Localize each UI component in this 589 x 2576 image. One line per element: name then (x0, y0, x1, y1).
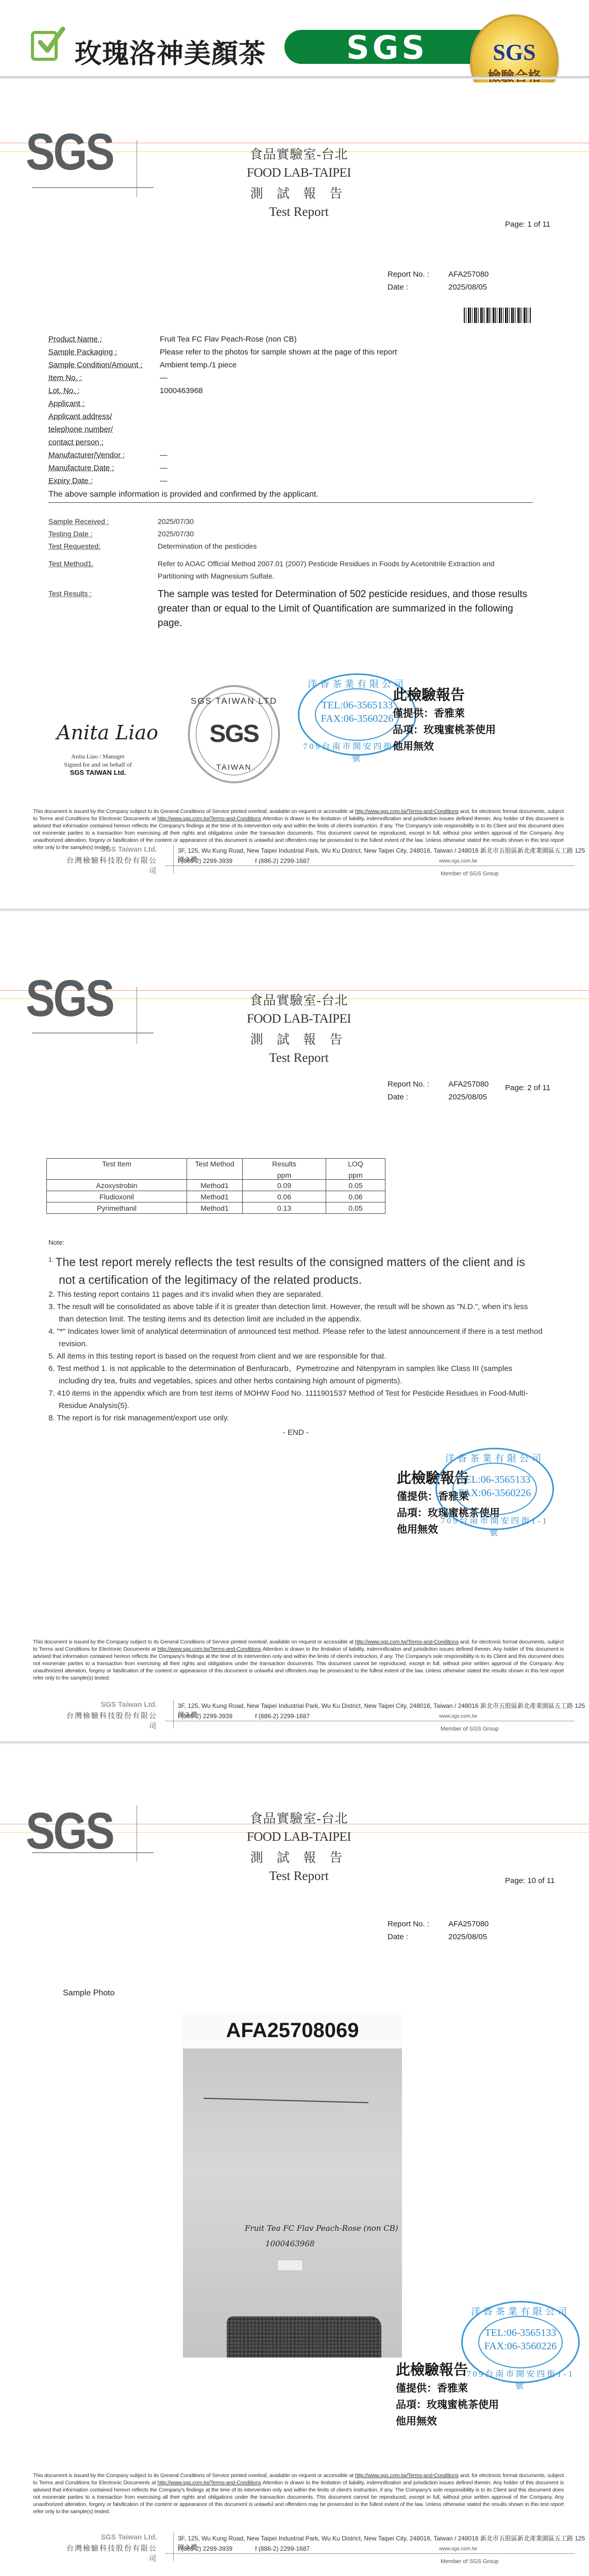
note-item: 3. The result will be consolidated as ab… (48, 1301, 543, 1326)
handwritten-signature: Anita Liao (57, 721, 158, 744)
notes-section: Note:1. The test report merely reflects … (48, 1236, 543, 1439)
field-value (160, 397, 397, 410)
table-row: FludioxonilMethod10.060.06 (47, 1191, 385, 1202)
field-value (160, 410, 397, 423)
page-number: Page: 10 of 11 (505, 1876, 554, 1885)
sample-info-row: Lot. No. :1000463968 (48, 384, 397, 397)
report-header: 食品實驗室-台北 FOOD LAB-TAIPEI 測 試 報 告 Test Re… (222, 1808, 376, 1884)
table-cell: 0.06 (326, 1191, 385, 1202)
report-meta: Report No. :AFA257080 Date :2025/08/05 (388, 268, 489, 294)
notes-heading: Note: (48, 1236, 543, 1249)
test-info-row: Testing Date :2025/07/30 (48, 528, 529, 540)
table-cell: Fludioxonil (47, 1191, 187, 1202)
electronic-terms-link[interactable]: http://www.sgs.com.tw/Terms-and-Conditio… (158, 2480, 261, 2486)
medal-brand: SGS (470, 39, 559, 65)
table-cell: 0.13 (243, 1202, 326, 1214)
bag-handwriting-lot: 1000463968 (265, 2239, 314, 2248)
field-label: Manufacture Date : (48, 462, 160, 474)
company-stamp-icon: 洋香茶業有限公司 TEL:06-3565133 FAX:06-3560226 7… (435, 1448, 554, 1530)
field-value: Determination of the pesticides (158, 540, 529, 552)
lab-name-cn: 食品實驗室-台北 (222, 144, 376, 163)
sgs-pill-text: SGS (346, 29, 428, 66)
column-header: Test Method (187, 1159, 243, 1180)
lab-name-en: FOOD LAB-TAIPEI (222, 166, 376, 180)
table-cell: 0.05 (326, 1180, 385, 1191)
table-cell: 0.06 (243, 1191, 326, 1202)
report-no-value: AFA257080 (448, 270, 489, 279)
field-value: The sample was tested for Determination … (158, 587, 529, 631)
test-info-row: Test Method1.Refer to AOAC Official Meth… (48, 557, 529, 582)
barcode-icon (464, 308, 531, 323)
field-value: Refer to AOAC Official Method 2007.01 (2… (158, 557, 529, 582)
field-label: Manufacturer/Vendor : (48, 449, 160, 462)
legal-disclaimer: This document is issued by the Company s… (33, 1638, 564, 1682)
table-cell: Method1 (187, 1191, 243, 1202)
banner-divider (0, 76, 589, 79)
logo-vertical-rule (137, 140, 137, 197)
product-title: 玫瑰洛神美顏茶 (75, 32, 266, 71)
sgs-logo: SGS (26, 1805, 113, 1857)
column-header: LOQppm (326, 1159, 385, 1180)
field-label: Applicant address/ (48, 410, 160, 423)
sample-bag-image: Fruit Tea FC Flav Peach-Rose (non CB) 10… (183, 2048, 402, 2358)
signer-company: SGS TAIWAN Ltd. (57, 769, 139, 777)
sgs-logo: SGS (26, 126, 113, 178)
note-item: 7. 410 items in the appendix which are f… (48, 1387, 543, 1412)
table-cell: Azoxystrobin (47, 1180, 187, 1191)
field-label: Expiry Date : (48, 474, 160, 487)
column-header: Test Item (47, 1159, 187, 1180)
sample-photo-label: Sample Photo (63, 1989, 115, 1998)
footer-member: Member of SGS Group (441, 871, 499, 877)
note-item: 8. The report is for risk management/exp… (48, 1412, 543, 1425)
field-label: Sample Received : (48, 515, 158, 528)
electronic-terms-link[interactable]: http://www.sgs.com.tw/Terms-and-Conditio… (158, 1646, 261, 1652)
sample-info-row: Manufacture Date :— (48, 462, 397, 474)
field-value (160, 436, 397, 449)
seal-center-text: SGS (190, 720, 278, 748)
table-row: PyrimethanilMethod10.130.05 (47, 1202, 385, 1214)
field-label: Test Results : (48, 587, 158, 631)
sample-info-row: Applicant address/ (48, 410, 397, 423)
field-label: telephone number/ (48, 423, 160, 436)
field-value: — (160, 371, 397, 384)
test-info-table: Sample Received :2025/07/30Testing Date … (48, 515, 529, 631)
field-label: Testing Date : (48, 528, 158, 540)
report-header: 食品實驗室-台北 FOOD LAB-TAIPEI 測 試 報 告 Test Re… (222, 990, 376, 1065)
note-item: 2. This testing report contains 11 pages… (48, 1289, 543, 1301)
column-header: Resultsppm (243, 1159, 326, 1180)
section-divider (48, 502, 533, 503)
sample-info-row: Applicant : (48, 397, 397, 410)
end-marker: - END - (48, 1427, 543, 1439)
table-row: AzoxystrobinMethod10.090.05 (47, 1180, 385, 1191)
tea-leaves-image (227, 2316, 381, 2358)
table-cell: 0.05 (326, 1202, 385, 1214)
field-label: contact person : (48, 436, 160, 449)
test-info-row: Sample Received :2025/07/30 (48, 515, 529, 528)
logo-underline (32, 187, 154, 188)
field-value: Ambient temp./1 piece (160, 359, 397, 371)
report-meta: Report No. :AFA257080 Date :2025/08/05 (388, 1078, 489, 1104)
report-header: 食品實驗室-台北 FOOD LAB-TAIPEI 測 試 報 告 Test Re… (222, 144, 376, 219)
table-cell: Method1 (187, 1180, 243, 1191)
field-value: Fruit Tea FC Flav Peach-Rose (non CB) (160, 333, 397, 346)
sample-info-row: Sample Packaging :Please refer to the ph… (48, 346, 397, 359)
page-number: Page: 1 of 11 (505, 220, 550, 229)
note-item: 5. All items in this testing report is b… (48, 1350, 543, 1363)
report-page-2: SGS 食品實驗室-台北 FOOD LAB-TAIPEI 測 試 報 告 Tes… (0, 912, 589, 1747)
table-cell: 0.09 (243, 1180, 326, 1191)
bag-handwriting-product: Fruit Tea FC Flav Peach-Rose (non CB) (245, 2224, 398, 2233)
sample-info-row: Sample Condition/Amount :Ambient temp./1… (48, 359, 397, 371)
bag-barcode-label-icon (277, 2260, 303, 2271)
sample-info-row: contact person : (48, 436, 397, 449)
sample-photo: AFA25708069 Fruit Tea FC Flav Peach-Rose… (183, 2012, 402, 2358)
footer-company: SGS Taiwan Ltd. 台灣檢驗科技股份有限公司 (62, 845, 157, 876)
footer-tel: t (886-2) 2299-3939 (178, 857, 232, 865)
terms-link[interactable]: http://www.sgs.com.tw/Terms-and-Conditio… (355, 2472, 459, 2479)
footer-website-link[interactable]: www.sgs.com.tw (439, 2546, 477, 2552)
results-table: Test Item Test Method ResultsppmLOQppm A… (46, 1158, 385, 1214)
table-cell: Method1 (187, 1202, 243, 1214)
product-banner: 玫瑰洛神美顏茶 SGS SGS 檢驗合格 (0, 0, 589, 77)
field-label: Applicant : (48, 397, 160, 410)
field-value: — (160, 474, 397, 487)
footer-address: 3F, 125, Wu Kung Road, New Taipei Indust… (178, 846, 589, 863)
field-label: Test Requested: (48, 540, 158, 552)
report-page-1: SGS 食品實驗室-台北 FOOD LAB-TAIPEI 測 試 報 告 Tes… (0, 82, 589, 863)
note-item: 4. "*" Indicates lower limit of analytic… (48, 1326, 543, 1350)
date-value: 2025/08/05 (448, 283, 487, 292)
checkmark-icon (36, 27, 66, 58)
note-item: 6. Test method 1. is not applicable to t… (48, 1363, 543, 1387)
footer-fax: f (886-2) 2299-1687 (255, 857, 310, 865)
sgs-seal-stamp-icon: SGS TAIWAN LTD SGS TAIWAN (188, 685, 280, 783)
terms-link[interactable]: http://www.sgs.com.tw/Terms-and-Conditio… (355, 1639, 459, 1645)
footer-website-link[interactable]: www.sgs.com.tw (439, 858, 477, 864)
field-value: 1000463968 (160, 384, 397, 397)
field-label: Item No. : (48, 371, 160, 384)
sample-info-row: Manufacturer/Vendor :— (48, 449, 397, 462)
sample-info-row: Item No. :— (48, 371, 397, 384)
sample-info-note: The above sample information is provided… (48, 490, 318, 499)
usage-restriction-note: 此檢驗報告 僅提供：香雅萊 品項：玫瑰蜜桃茶使用 他用無效 (396, 2360, 499, 2429)
test-info-row: Test Results :The sample was tested for … (48, 587, 529, 631)
field-value: — (160, 449, 397, 462)
field-value (160, 423, 397, 436)
usage-restriction-note: 此檢驗報告 僅提供：香雅萊 品項：玫瑰蜜桃茶使用 他用無效 (393, 685, 496, 754)
report-no-label: Report No. : (388, 268, 448, 281)
sample-info-row: Product Name :Fruit Tea FC Flav Peach-Ro… (48, 333, 397, 346)
field-value: — (160, 462, 397, 474)
field-label: Test Method1. (48, 557, 158, 582)
signer-name-title: Anita Liao / Manager (57, 752, 139, 760)
electronic-terms-link[interactable]: http://www.sgs.com.tw/Terms-and-Conditio… (158, 816, 261, 822)
legal-disclaimer: This document is issued by the Company s… (33, 2472, 564, 2515)
page-number: Page: 2 of 11 (505, 1083, 550, 1092)
sample-info-table: Product Name :Fruit Tea FC Flav Peach-Ro… (48, 333, 397, 487)
report-title-en: Test Report (222, 205, 376, 219)
seal-top-text: SGS TAIWAN LTD (190, 696, 278, 706)
report-meta: Report No. :AFA257080 Date :2025/08/05 (388, 1918, 489, 1943)
sample-info-row: telephone number/ (48, 423, 397, 436)
test-info-row: Test Requested:Determination of the pest… (48, 540, 529, 552)
footer-company: SGS Taiwan Ltd. 台灣檢驗科技股份有限公司 (62, 1700, 157, 1731)
seal-bottom-text: TAIWAN (190, 763, 278, 772)
sgs-logo: SGS (26, 973, 113, 1024)
field-value: 2025/07/30 (158, 528, 529, 540)
date-label: Date : (388, 281, 448, 294)
table-cell: Pyrimethanil (47, 1202, 187, 1214)
field-label: Product Name : (48, 333, 160, 346)
report-title-cn: 測 試 報 告 (222, 183, 376, 202)
signed-for-label: Signed for and on behalf of (57, 760, 139, 769)
field-label: Sample Condition/Amount : (48, 359, 160, 371)
note-item: 1. The test report merely reflects the t… (48, 1251, 543, 1289)
field-label: Sample Packaging : (48, 346, 160, 359)
sample-info-row: Expiry Date :— (48, 474, 397, 487)
footer-company: SGS Taiwan Ltd. 台灣檢驗科技股份有限公司 (62, 2533, 157, 2564)
footer-website-link[interactable]: www.sgs.com.tw (439, 1714, 477, 1719)
field-value: 2025/07/30 (158, 515, 529, 528)
photo-caption: AFA25708069 (183, 2012, 402, 2048)
signer-block: Anita Liao / Manager Signed for and on b… (57, 752, 139, 777)
field-label: Lot. No. : (48, 384, 160, 397)
report-page-10: SGS 食品實驗室-台北 FOOD LAB-TAIPEI 測 試 報 告 Tes… (0, 1744, 589, 2576)
field-value: Please refer to the photos for sample sh… (160, 346, 397, 359)
terms-link[interactable]: http://www.sgs.com.tw/Terms-and-Conditio… (355, 808, 459, 815)
